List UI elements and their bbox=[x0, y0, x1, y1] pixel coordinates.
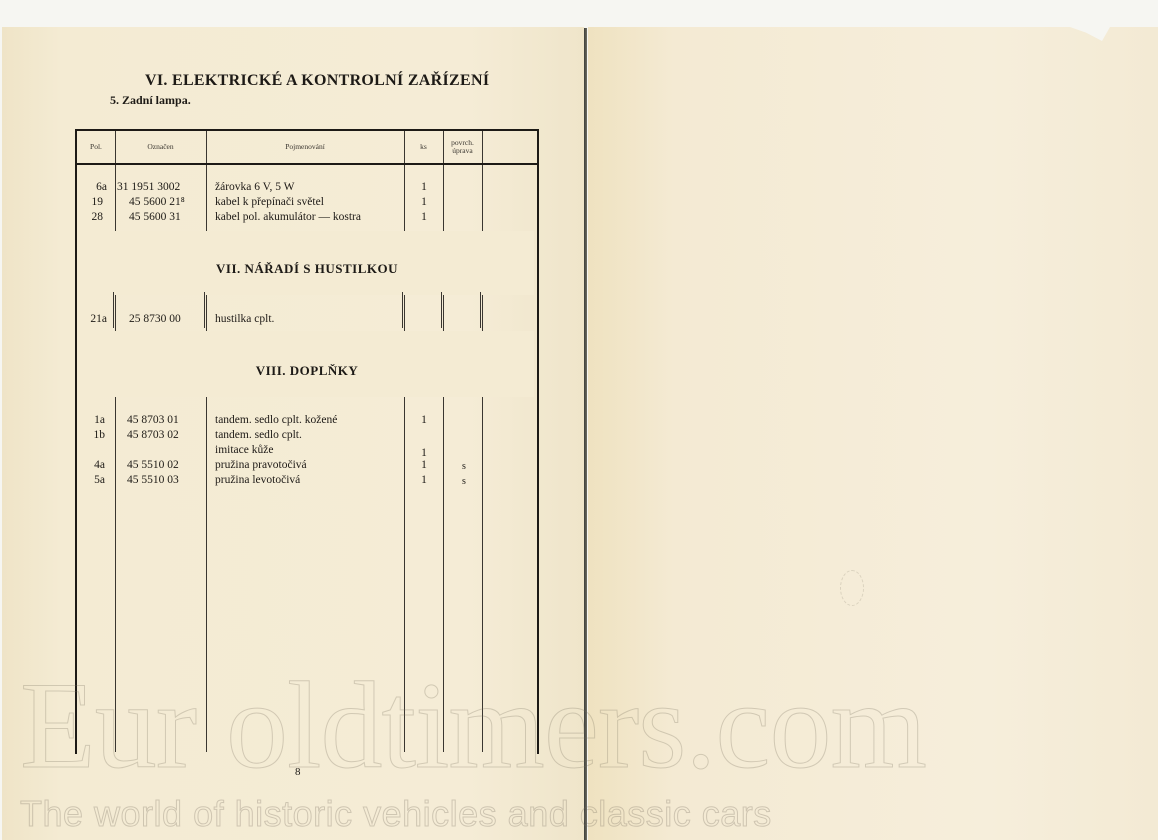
header-pol: Pol. bbox=[77, 131, 115, 163]
cell-name: kabel pol. akumulátor — kostra bbox=[215, 211, 361, 223]
header-povrch-line2: úprava bbox=[452, 147, 472, 155]
cell-pol: 6a bbox=[77, 181, 107, 193]
cell-povrch: s bbox=[449, 476, 479, 487]
cell-ks: 1 bbox=[409, 474, 439, 486]
subsection-title: 5. Zadní lampa. bbox=[110, 93, 191, 108]
cell-pol: 5a bbox=[77, 474, 105, 486]
cell-name: hustilka cplt. bbox=[215, 313, 274, 325]
faint-stamp-mark bbox=[840, 570, 864, 606]
header-pojmenovani: Pojmenování bbox=[206, 131, 404, 163]
cell-name: tandem. sedlo cplt. kožené bbox=[215, 414, 337, 426]
section-title: VI. ELEKTRICKÉ A KONTROLNÍ ZAŘÍZENÍ bbox=[145, 72, 489, 90]
table-row: 4a 45 5510 02 pružina pravotočivá 1 s bbox=[77, 459, 537, 474]
cell-code: 45 5510 02 bbox=[127, 459, 179, 471]
cell-code: 25 8730 00 bbox=[129, 313, 181, 325]
table-row: 1b 45 8703 02 tandem. sedlo cplt. bbox=[77, 429, 537, 444]
watermark-brand: Eur oldtimers.com bbox=[20, 655, 926, 797]
cell-name: pružina levotočivá bbox=[215, 474, 300, 486]
cell-pol: 21a bbox=[77, 313, 107, 325]
header-povrch-uprava: povrch. úprava bbox=[443, 131, 482, 163]
cell-ks: 1 bbox=[409, 447, 439, 459]
cell-code: 45 8703 01 bbox=[127, 414, 179, 426]
table-row: 5a 45 5510 03 pružina levotočivá 1 s bbox=[77, 474, 537, 489]
cell-pol: 1b bbox=[77, 429, 105, 441]
cell-name: tandem. sedlo cplt. bbox=[215, 429, 302, 441]
cell-code: 45 5510 03 bbox=[127, 474, 179, 486]
table-row: 6a 31 1951 3002 žárovka 6 V, 5 W 1 bbox=[77, 181, 537, 196]
header-oznaceni: Označen bbox=[115, 131, 206, 163]
cell-name: žárovka 6 V, 5 W bbox=[215, 181, 295, 193]
header-ks: ks bbox=[404, 131, 443, 163]
cell-ks: 1 bbox=[409, 181, 439, 193]
cell-ks: 1 bbox=[409, 196, 439, 208]
table-row: 28 45 5600 31 kabel pol. akumulátor — ko… bbox=[77, 211, 537, 226]
cell-pol: 4a bbox=[77, 459, 105, 471]
cell-ks: 1 bbox=[409, 211, 439, 223]
table-row: 1a 45 8703 01 tandem. sedlo cplt. kožené… bbox=[77, 414, 537, 429]
table-row: 21a 25 8730 00 hustilka cplt. bbox=[77, 313, 537, 328]
cell-pol: 1a bbox=[77, 414, 105, 426]
section-vii-heading: VII. NÁŘADÍ S HUSTILKOU bbox=[77, 261, 537, 277]
cell-code: 45 5600 31 bbox=[129, 211, 181, 223]
cell-name: pružina pravotočivá bbox=[215, 459, 307, 471]
cell-code: 31 1951 3002 bbox=[117, 181, 180, 193]
cell-name: imitace kůže bbox=[215, 444, 273, 456]
cell-ks: 1 bbox=[409, 414, 439, 426]
cell-name: kabel k přepínači světel bbox=[215, 196, 324, 208]
watermark-tagline: The world of historic vehicles and class… bbox=[20, 793, 772, 835]
section-viii-heading: VIII. DOPLŇKY bbox=[77, 363, 537, 379]
cell-pol: 19 bbox=[77, 196, 103, 208]
table-row: imitace kůže 1 bbox=[77, 444, 537, 459]
cell-povrch: s bbox=[449, 461, 479, 472]
cell-code: 45 5600 21⁸ bbox=[129, 196, 185, 208]
table-header: Pol. Označen Pojmenování ks povrch. úpra… bbox=[77, 131, 537, 165]
table-row: 19 45 5600 21⁸ kabel k přepínači světel … bbox=[77, 196, 537, 211]
cell-pol: 28 bbox=[77, 211, 103, 223]
cell-code: 45 8703 02 bbox=[127, 429, 179, 441]
cell-ks: 1 bbox=[409, 459, 439, 471]
